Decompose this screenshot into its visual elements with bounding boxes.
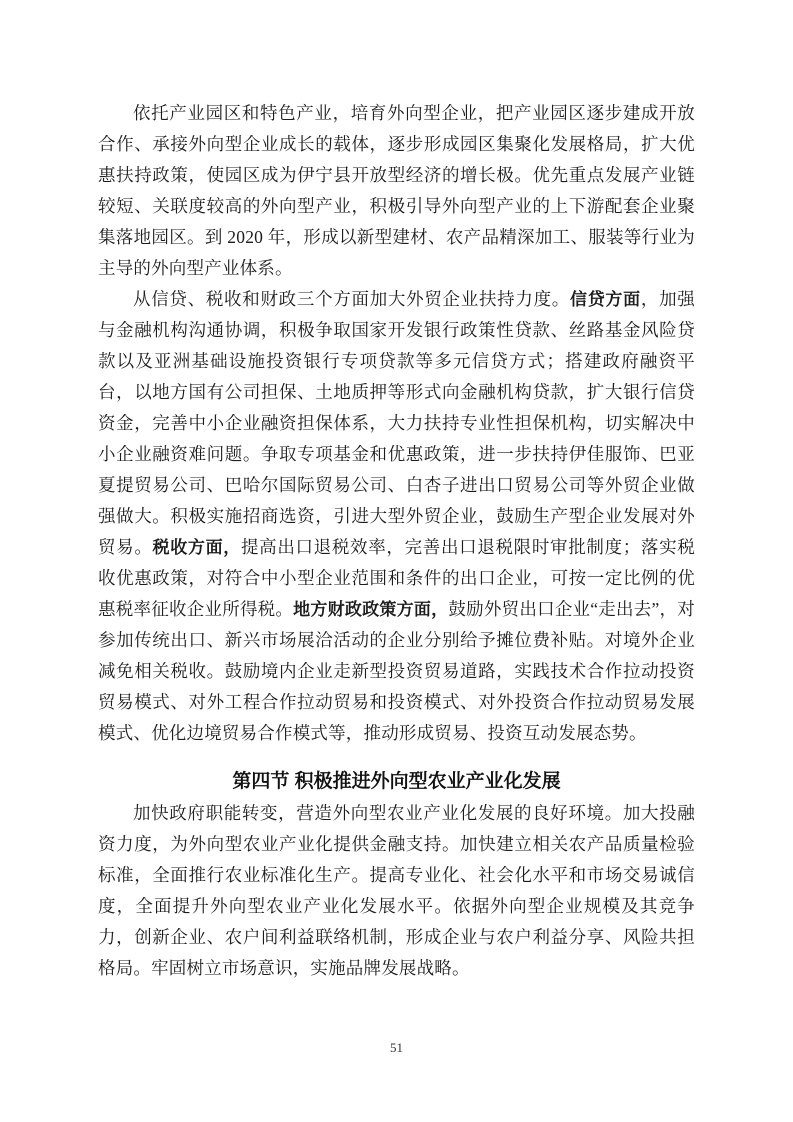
paragraph-trade-support-credit-text: ，加强与金融机构沟通协调，积极争取国家开发银行政策性贷款、丝路基金风险贷款以及亚… — [98, 289, 695, 557]
page-number: 51 — [0, 1040, 793, 1056]
page-content: 依托产业园区和特色产业，培育外向型企业，把产业园区逐步建成开放合作、承接外向型企… — [98, 98, 695, 984]
paragraph-trade-support-intro: 从信贷、税收和财政三个方面加大外贸企业扶持力度。 — [133, 289, 570, 309]
paragraph-trade-support-fiscal-text: 鼓励外贸出口企业“走出去”，对参加传统出口、新兴市场展洽活动的企业分别给予摊位费… — [98, 599, 695, 743]
term-credit-aspect: 信贷方面 — [570, 290, 641, 309]
paragraph-industrial-parks: 依托产业园区和特色产业，培育外向型企业，把产业园区逐步建成开放合作、承接外向型企… — [98, 98, 695, 284]
term-tax-aspect: 税收方面， — [153, 538, 241, 557]
paragraph-trade-support: 从信贷、税收和财政三个方面加大外贸企业扶持力度。信贷方面，加强与金融机构沟通协调… — [98, 284, 695, 749]
section-heading-chapter4: 第四节 积极推进外向型农业产业化发展 — [98, 766, 695, 797]
document-page: 依托产业园区和特色产业，培育外向型企业，把产业园区逐步建成开放合作、承接外向型企… — [0, 0, 793, 1122]
term-local-fiscal-policy-aspect: 地方财政政策方面， — [293, 600, 448, 619]
paragraph-agriculture-industrialization: 加快政府职能转变，营造外向型农业产业化发展的良好环境。加大投融资力度，为外向型农… — [98, 798, 695, 984]
